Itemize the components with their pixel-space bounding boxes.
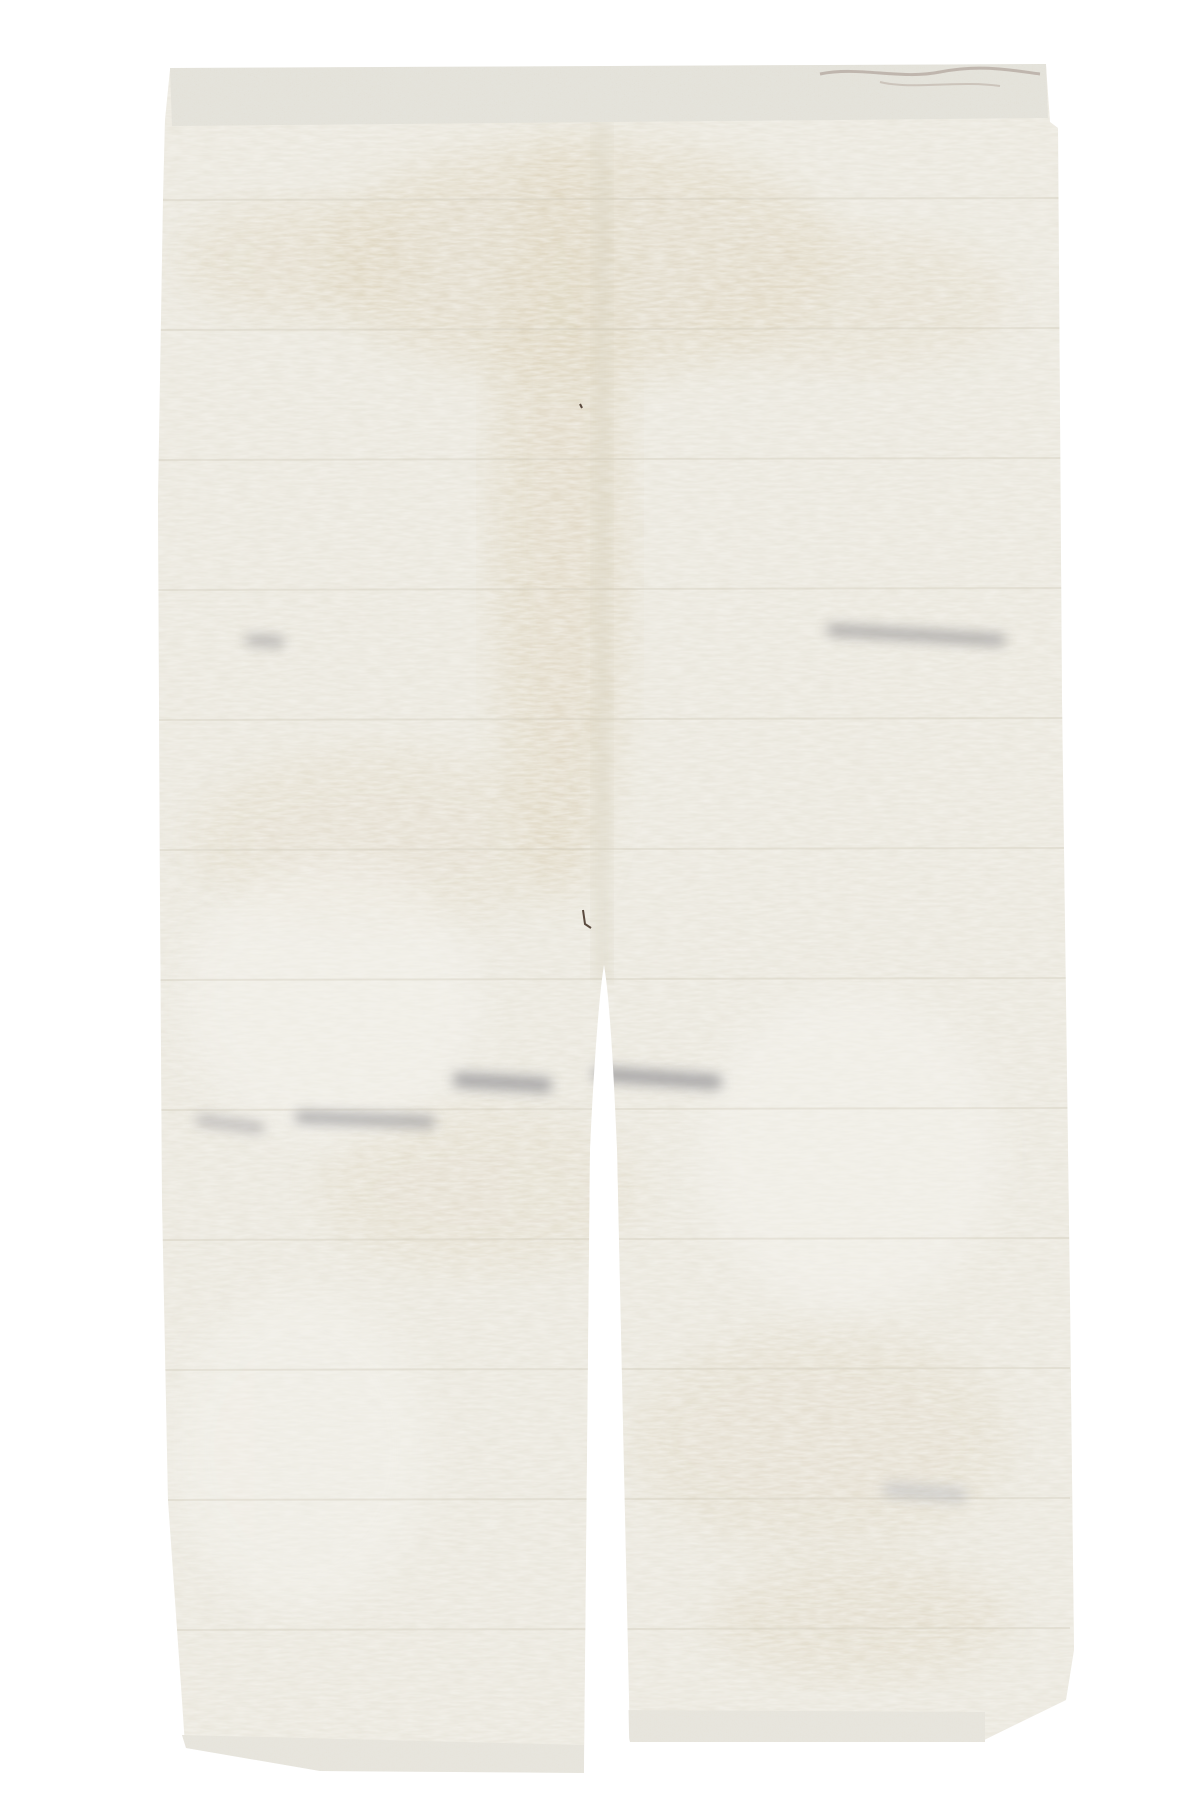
- top-kilim-band: [170, 64, 1048, 126]
- product-photo: [0, 0, 1200, 1801]
- rug-image: [0, 0, 1200, 1801]
